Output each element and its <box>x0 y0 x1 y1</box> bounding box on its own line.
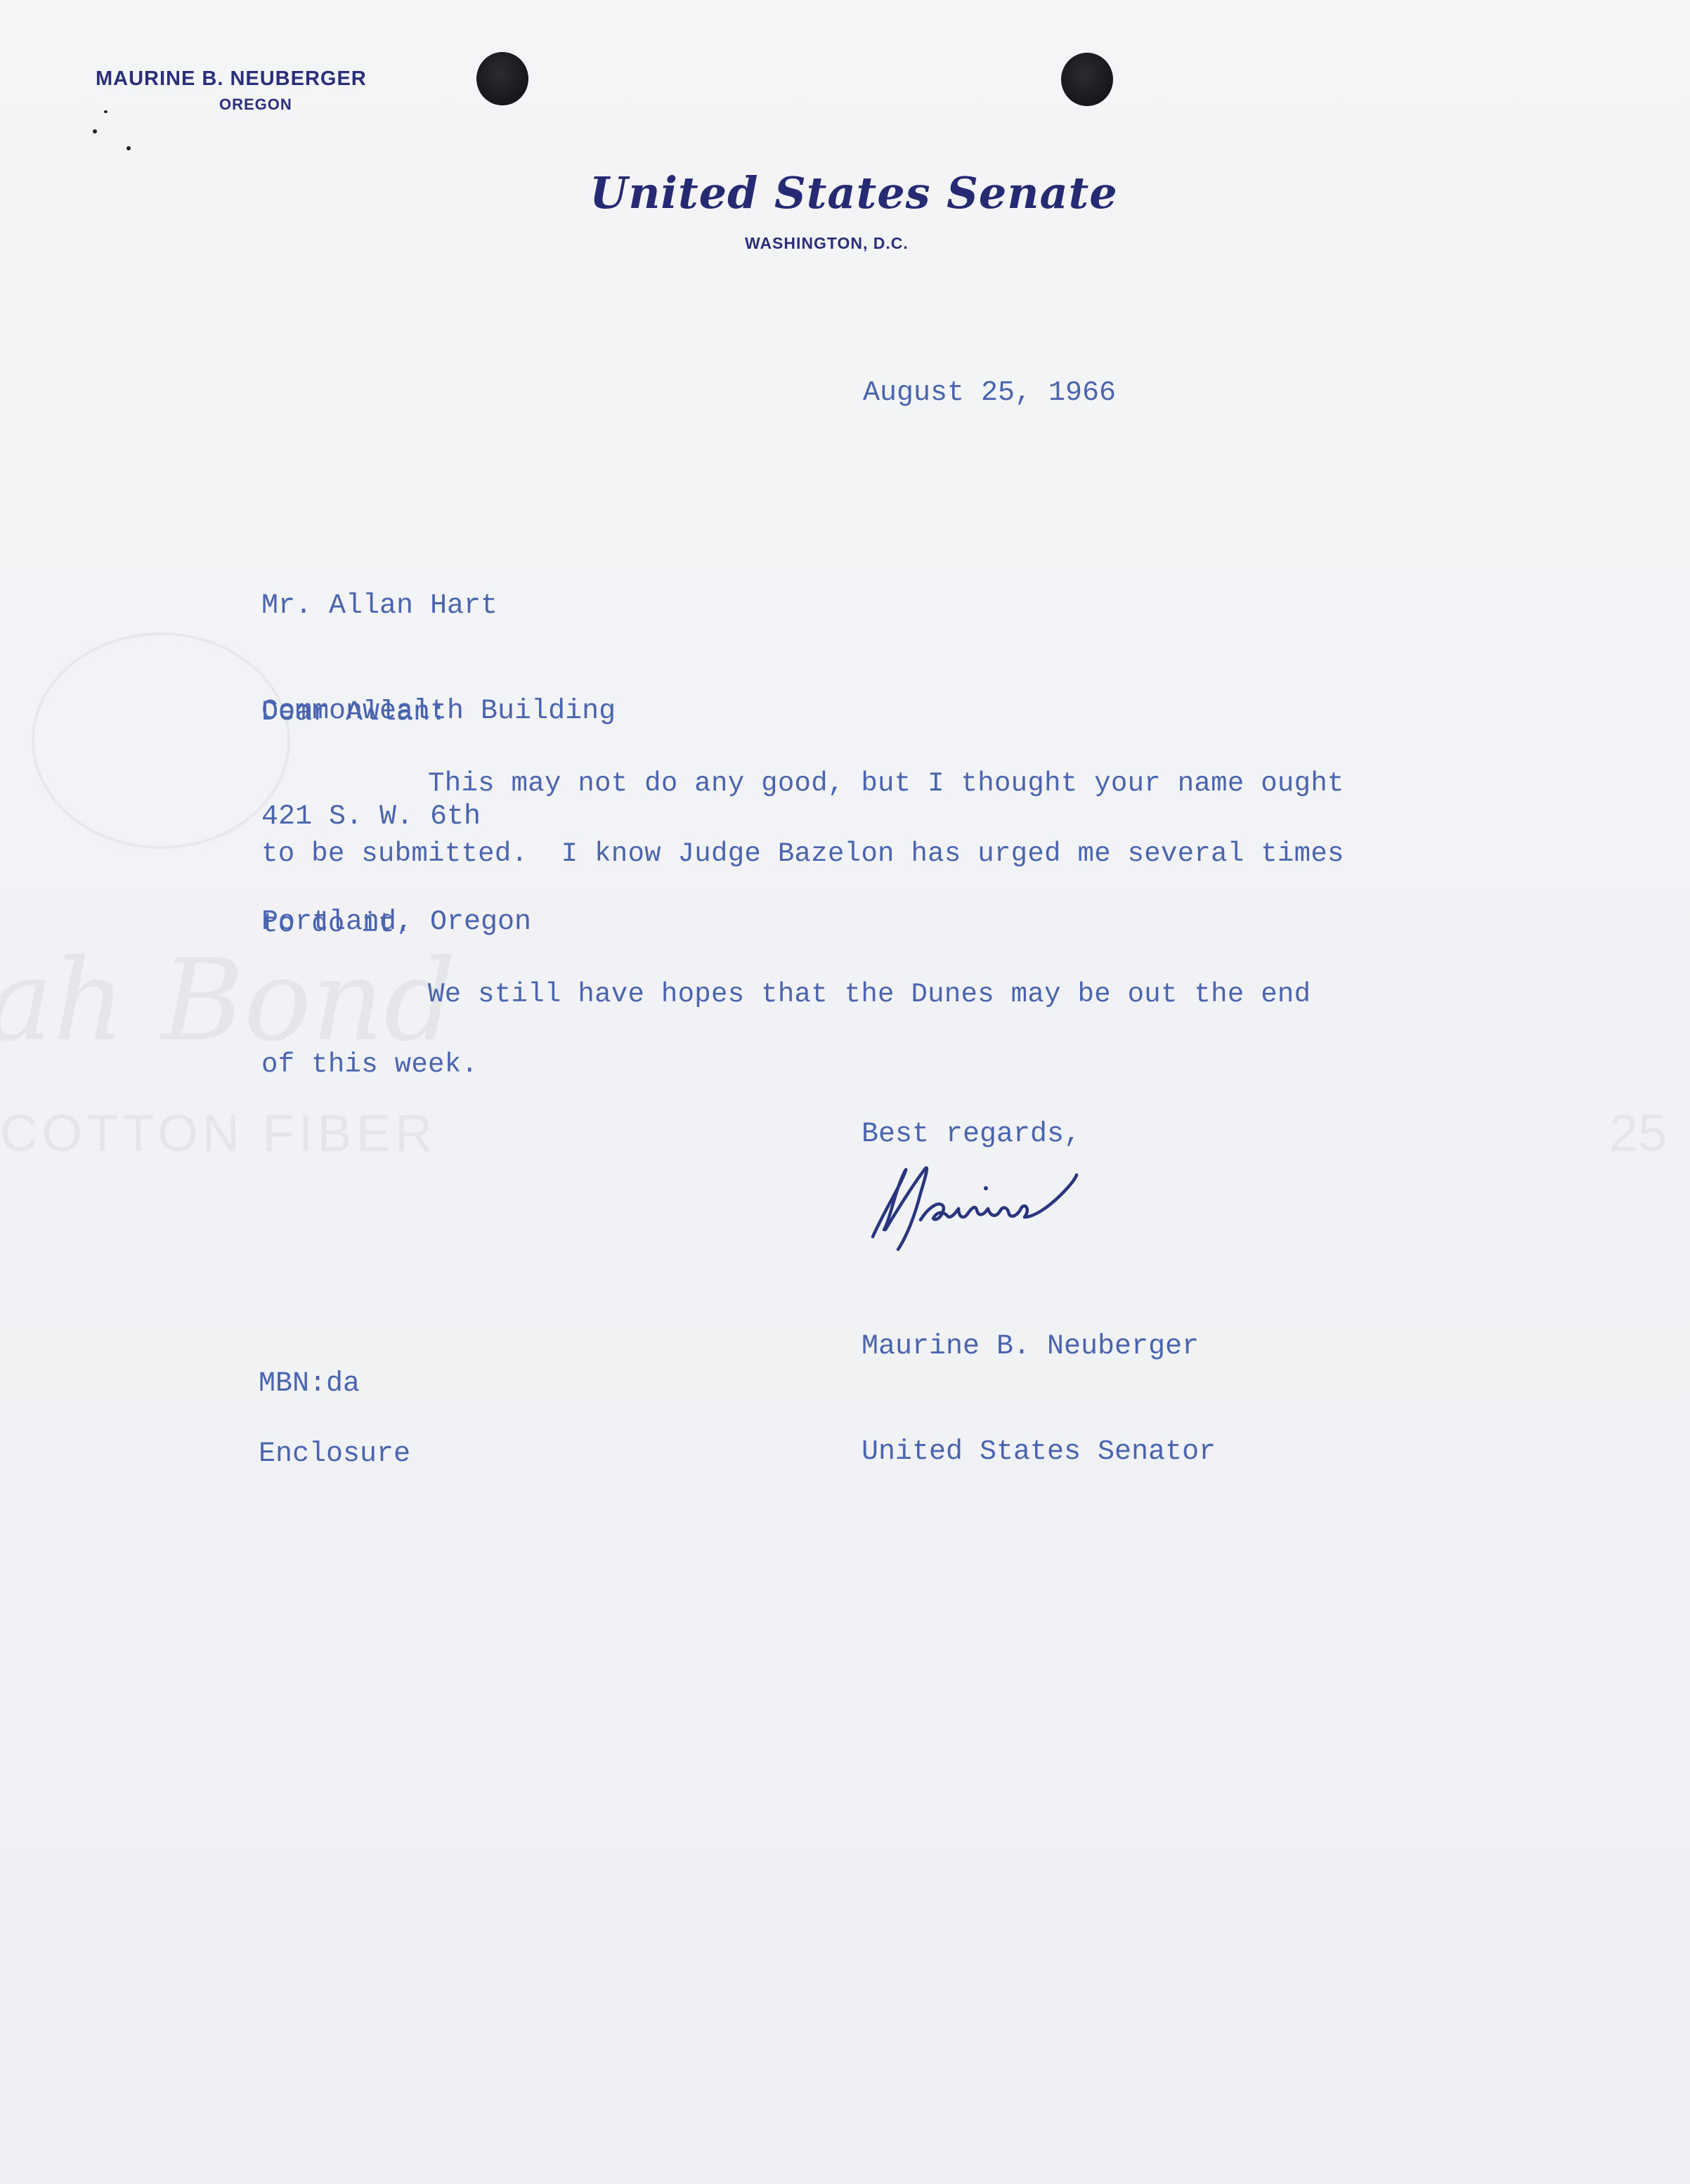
signer-name: Maurine B. Neuberger <box>862 1330 1216 1365</box>
address-line: 421 S. W. 6th <box>261 800 616 835</box>
punch-hole-left <box>476 52 528 105</box>
signature-block: Maurine B. Neuberger United States Senat… <box>862 1259 1216 1505</box>
paragraph-1-line-1: This may not do any good, but I thought … <box>261 766 1344 801</box>
watermark-seal <box>32 632 290 849</box>
signer-title: United States Senator <box>862 1435 1216 1470</box>
enclosure-notation: Enclosure <box>259 1437 410 1472</box>
letterhead-institution: United States Senate <box>573 167 1135 219</box>
speck <box>93 129 97 134</box>
address-line: Mr. Allan Hart <box>261 589 616 624</box>
paragraph-1-line-3: to do it. <box>261 906 411 942</box>
letterhead-city: WASHINGTON, D.C. <box>745 234 909 253</box>
letterhead-sender-state: OREGON <box>219 96 292 114</box>
salutation: Dear Allan: <box>261 696 447 731</box>
letter-page <box>0 0 1690 2184</box>
speck <box>104 110 108 113</box>
letter-date: August 25, 1966 <box>863 376 1116 411</box>
speck <box>126 146 131 150</box>
closing: Best regards, <box>862 1117 1081 1152</box>
handwritten-signature <box>864 1159 1131 1258</box>
paragraph-2-line-2: of this week. <box>261 1047 478 1082</box>
letterhead-sender-name: MAURINE B. NEUBERGER <box>96 67 367 91</box>
punch-hole-right <box>1061 53 1113 106</box>
paragraph-2-line-1: We still have hopes that the Dunes may b… <box>261 977 1311 1012</box>
reference-initials: MBN:da <box>259 1367 360 1402</box>
paragraph-1-line-2: to be submitted. I know Judge Bazelon ha… <box>261 836 1344 871</box>
